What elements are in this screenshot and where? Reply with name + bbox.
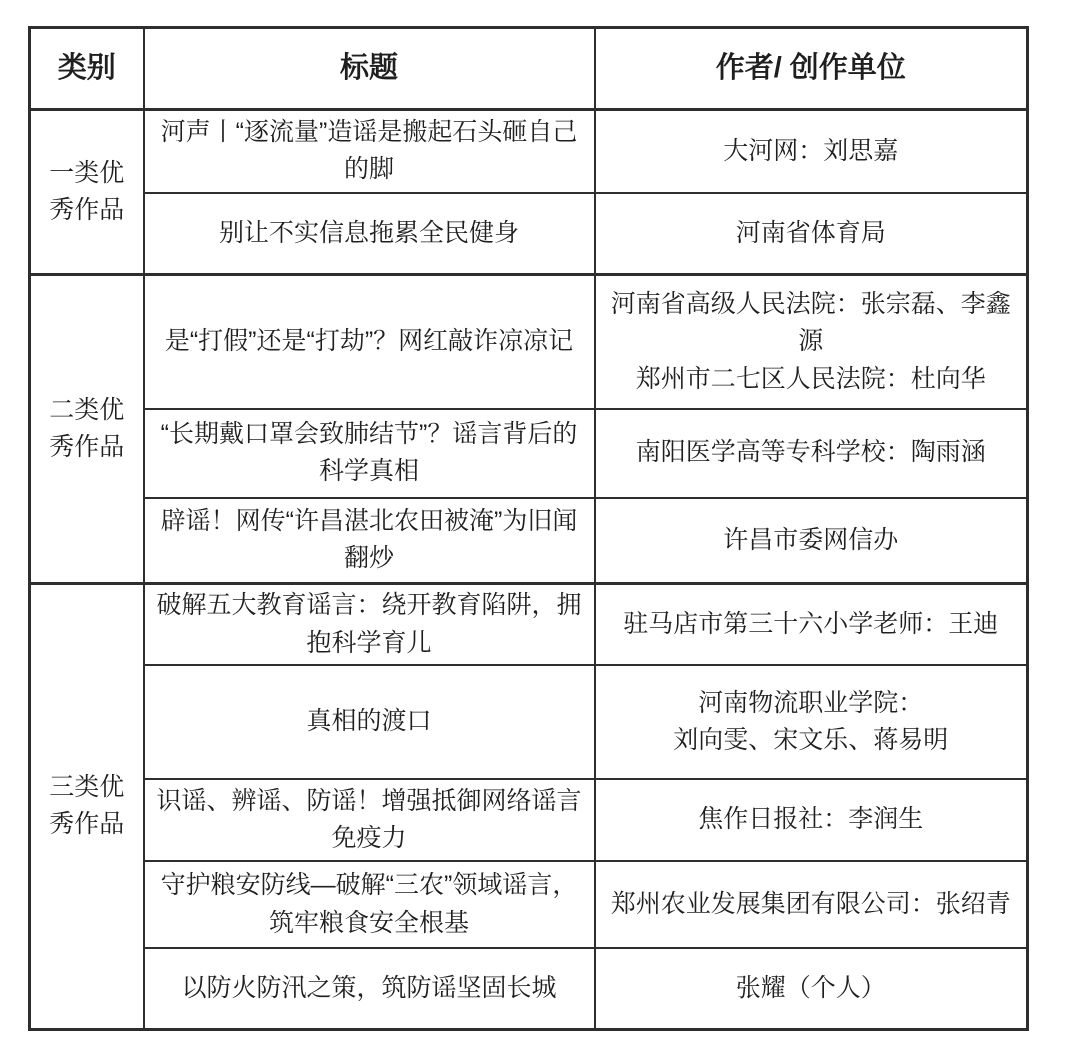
title-cell: 是“打假”还是“打劫”？网红敲诈凉凉记 [144,275,595,409]
author-cell: 河南物流职业学院： 刘向雯、宋文乐、蒋易明 [595,665,1028,779]
table-row: “长期戴口罩会致肺结节”？谣言背后的科学真相 南阳医学高等专科学校：陶雨涵 [30,409,1028,498]
author-line: 张耀（个人） [600,970,1023,1008]
author-line: 郑州市二七区人民法院：杜向华 [600,361,1023,399]
title-cell: 以防火防汛之策，筑防谣坚固长城 [144,948,595,1029]
author-line: 刘向雯、宋文乐、蒋易明 [600,722,1023,760]
header-title: 标题 [144,28,595,110]
author-cell: 张耀（个人） [595,948,1028,1029]
author-cell: 焦作日报社：李润生 [595,779,1028,861]
author-line: 大河网：刘思嘉 [600,133,1023,171]
author-line: 南阳医学高等专科学校：陶雨涵 [600,434,1023,472]
table-row: 别让不实信息拖累全民健身 河南省体育局 [30,193,1028,275]
title-cell: “长期戴口罩会致肺结节”？谣言背后的科学真相 [144,409,595,498]
table-row: 识谣、辨谣、防谣！增强抵御网络谣言免疫力 焦作日报社：李润生 [30,779,1028,861]
table-row: 以防火防汛之策，筑防谣坚固长城 张耀（个人） [30,948,1028,1029]
title-cell: 辟谣！网传“许昌湛北农田被淹”为旧闻翻炒 [144,498,595,584]
category-cell-1: 一类优秀作品 [30,110,144,275]
author-line: 河南省体育局 [600,215,1023,253]
author-cell: 南阳医学高等专科学校：陶雨涵 [595,409,1028,498]
author-line: 焦作日报社：李润生 [600,801,1023,839]
author-cell: 许昌市委网信办 [595,498,1028,584]
author-line: 驻马店市第三十六小学老师：王迪 [600,606,1023,644]
awards-table: 类别 标题 作者/ 创作单位 一类优秀作品 河声丨“逐流量”造谣是搬起石头砸自己… [28,26,1029,1031]
table-row: 一类优秀作品 河声丨“逐流量”造谣是搬起石头砸自己的脚 大河网：刘思嘉 [30,110,1028,193]
category-label: 三类优秀作品 [47,769,127,844]
title-cell: 真相的渡口 [144,665,595,779]
header-author: 作者/ 创作单位 [595,28,1028,110]
author-line: 许昌市委网信办 [600,522,1023,560]
category-cell-2: 二类优秀作品 [30,275,144,584]
table-row: 二类优秀作品 是“打假”还是“打劫”？网红敲诈凉凉记 河南省高级人民法院：张宗磊… [30,275,1028,409]
author-line: 河南物流职业学院： [600,685,1023,723]
title-cell: 破解五大教育谣言：绕开教育陷阱，拥抱科学育儿 [144,584,595,666]
table-row: 三类优秀作品 破解五大教育谣言：绕开教育陷阱，拥抱科学育儿 驻马店市第三十六小学… [30,584,1028,666]
table-row: 真相的渡口 河南物流职业学院： 刘向雯、宋文乐、蒋易明 [30,665,1028,779]
header-category: 类别 [30,28,144,110]
author-cell: 郑州农业发展集团有限公司：张绍青 [595,861,1028,948]
title-cell: 识谣、辨谣、防谣！增强抵御网络谣言免疫力 [144,779,595,861]
category-label: 一类优秀作品 [47,155,127,230]
title-cell: 别让不实信息拖累全民健身 [144,193,595,275]
author-cell: 大河网：刘思嘉 [595,110,1028,193]
author-cell: 河南省高级人民法院：张宗磊、李鑫源 郑州市二七区人民法院：杜向华 [595,275,1028,409]
category-label: 二类优秀作品 [47,392,127,467]
title-cell: 河声丨“逐流量”造谣是搬起石头砸自己的脚 [144,110,595,193]
author-cell: 河南省体育局 [595,193,1028,275]
category-cell-3: 三类优秀作品 [30,584,144,1030]
author-line: 郑州农业发展集团有限公司：张绍青 [600,886,1023,924]
header-row: 类别 标题 作者/ 创作单位 [30,28,1028,110]
author-cell: 驻马店市第三十六小学老师：王迪 [595,584,1028,666]
title-cell: 守护粮安防线—破解“三农”领域谣言，筑牢粮食安全根基 [144,861,595,948]
awards-table-container: 类别 标题 作者/ 创作单位 一类优秀作品 河声丨“逐流量”造谣是搬起石头砸自己… [28,26,1029,1031]
table-row: 辟谣！网传“许昌湛北农田被淹”为旧闻翻炒 许昌市委网信办 [30,498,1028,584]
author-line: 河南省高级人民法院：张宗磊、李鑫源 [600,286,1023,361]
table-row: 守护粮安防线—破解“三农”领域谣言，筑牢粮食安全根基 郑州农业发展集团有限公司：… [30,861,1028,948]
